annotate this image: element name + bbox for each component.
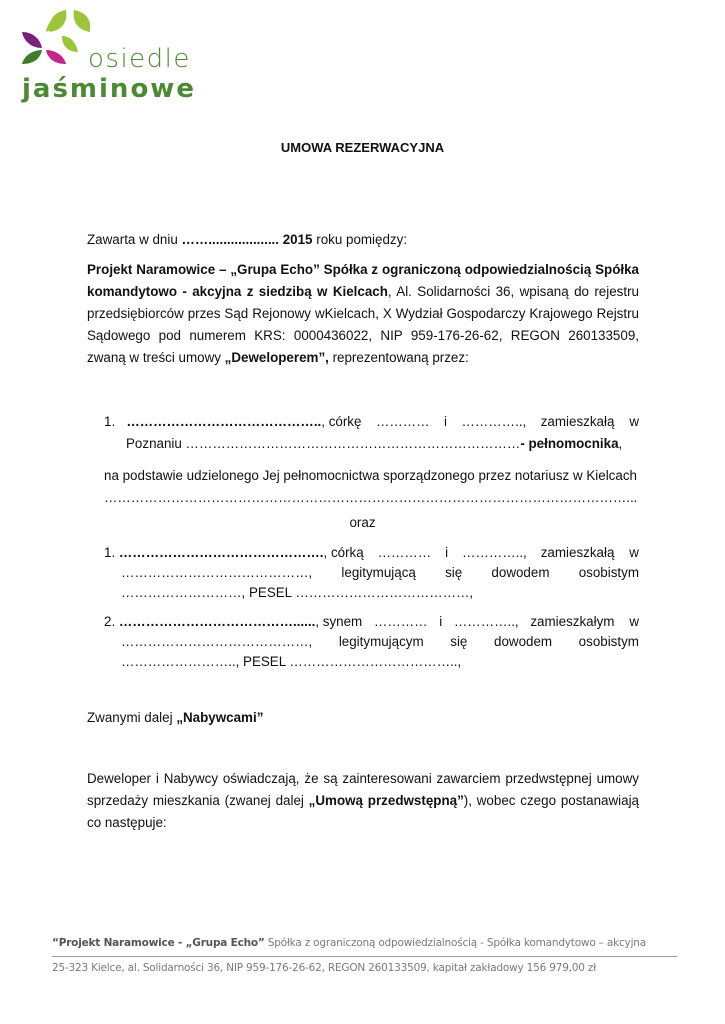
document-title: UMOWA REZERWACYJNA xyxy=(0,140,725,155)
buyer-1-line-2: ……………………………………, legitymującą się dowodem… xyxy=(121,563,639,583)
buyer-2-line-3: …………………….., PESEL ……………………………….., xyxy=(121,652,461,672)
buyer-1-line-1: 1. ………………………………………., córką ………… i …………..… xyxy=(104,543,639,563)
representative-line-1: 1. …………………………………….., córkę ………… i …………..… xyxy=(104,412,639,432)
representative-line-2: Poznaniu …………………………………………………………………- pełn… xyxy=(126,434,622,454)
buyer-1-line-3: ………………………, PESEL …………………………………, xyxy=(121,583,473,603)
footer-company-line: “Projekt Naramowice - „Grupa Echo” Spółk… xyxy=(52,937,646,949)
proxy-text: na podstawie udzielonego Jej pełnomocnic… xyxy=(104,466,637,486)
statement-paragraph: Deweloper i Nabywcy oświadczają, że są z… xyxy=(87,768,639,834)
representative-name-field: …………………………………….. xyxy=(126,414,321,429)
buyers-label: Zwanymi dalej „Nabywcami” xyxy=(87,707,639,729)
footer-address-line: 25-323 Kielce, al. Solidarności 36, NIP … xyxy=(52,962,596,974)
conjunction: oraz xyxy=(0,513,725,533)
intro-line: Zawarta w dniu ……................... 201… xyxy=(87,229,639,251)
developer-role: „Deweloperem”, xyxy=(225,350,329,365)
flower-logo-icon xyxy=(20,6,90,66)
buyer-1-name-field: ………………………………………. xyxy=(119,545,324,560)
developer-paragraph: Projekt Naramowice – „Grupa Echo” Spółka… xyxy=(87,259,639,369)
company-logo: osiedle jaśminowe xyxy=(20,6,200,106)
logo-text-osiedle: osiedle xyxy=(88,44,191,74)
date-field: ……................... 2015 xyxy=(182,232,313,247)
buyer-2-line-2: ……………………………………, legitymującym się dowode… xyxy=(121,632,639,652)
proxy-blank: ……………………………………………………………………………………………………….… xyxy=(104,488,639,508)
footer-divider xyxy=(52,956,677,957)
buyer-2-name-field: …………………………………...... xyxy=(119,614,315,629)
buyer-2-line-1: 2. …………………………………......, synem ………… i ………… xyxy=(104,612,639,632)
logo-text-jasminowe: jaśminowe xyxy=(22,74,196,104)
